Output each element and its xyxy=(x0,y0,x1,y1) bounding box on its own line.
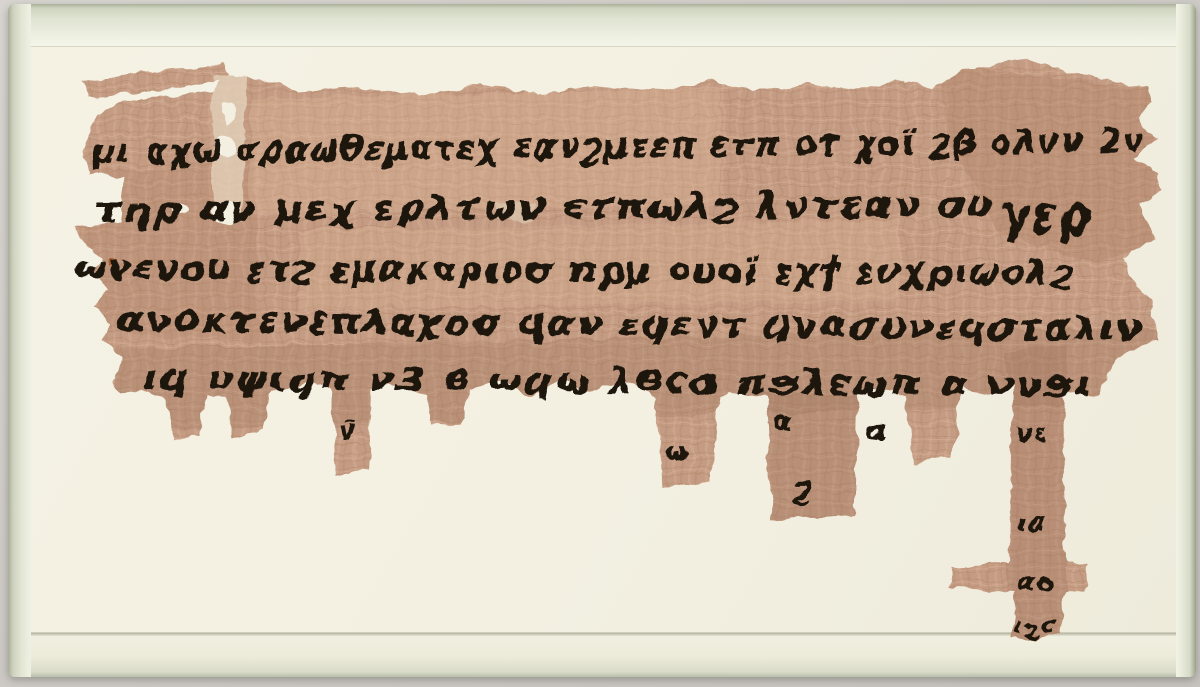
handwriting: μι αχω αραωθεματεχ εανϩμεεπ ετπ οτ χοϊ ϩ… xyxy=(76,121,1148,640)
strip-glyph: αο xyxy=(1018,568,1055,596)
papyrus-fragment: μι αχω αραωθεματεχ εανϩμεεπ ετπ οτ χοϊ ϩ… xyxy=(70,60,1165,642)
strip-glyph: α xyxy=(866,415,886,445)
strip-glyph: ια xyxy=(1018,511,1046,536)
strip-glyph: α xyxy=(772,404,793,437)
handwriting-line-2-flourish: γερ xyxy=(1000,186,1092,246)
handwriting-line-5: ιϥ υψιϥπ ν3 ϐ ωϥω λϐϲο πϧλεωπ α ννϧι xyxy=(142,359,1094,404)
strip-glyph: ω xyxy=(666,438,689,466)
strip-glyph: νε xyxy=(1016,420,1050,448)
photo-canvas: μι αχω αραωθεματεχ εανϩμεεπ ετπ οτ χοϊ ϩ… xyxy=(0,0,1200,687)
strip-glyph: ν̄ xyxy=(338,414,359,447)
handwriting-line-3: ωνενου ετϩ εμακαριοσ πρμ ουοϊ εχϯ ευχριω… xyxy=(76,248,1076,293)
strip-glyph: ϩ xyxy=(791,471,814,506)
papyrus-photo: μι αχω αραωθεματεχ εανϩμεεπ ετπ οτ χοϊ ϩ… xyxy=(0,0,1200,687)
handwriting-line-2: τηρ αν μεχ ερλτων ετπωλϩ λντεαν ου xyxy=(96,185,996,231)
strip-glyph: ιϩϲ xyxy=(1014,615,1056,640)
